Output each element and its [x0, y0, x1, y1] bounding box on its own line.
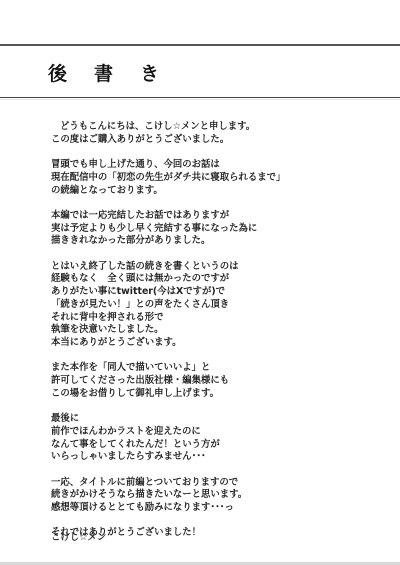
text-line: なんて事をしてくれたんだ！という方が: [51, 439, 371, 452]
text-line: いらっしゃいましたらすみません･･･: [51, 451, 371, 464]
text-line: 「続きが見たい！」との声をたくさん頂き: [51, 299, 371, 312]
text-line: また本作を「同人で描いていいよ」と: [51, 362, 371, 375]
text-line: どうもこんにちは、こけし☆メンと申します。: [51, 121, 371, 134]
text-line: それに背中を押される形で: [51, 312, 371, 325]
text-line: 最後に: [51, 413, 371, 426]
paragraph-background: 本編では一応完結したお話ではありますが 実は予定よりも少し早く完結する事になった…: [51, 210, 371, 248]
text-line: 本編では一応完結したお話ではありますが: [51, 210, 371, 223]
author-signature: こけし☆メン: [51, 529, 106, 543]
text-line: の続編となっております。: [51, 185, 371, 198]
text-line: 冒頭でも申し上げた通り、今回のお話は: [51, 159, 371, 172]
text-line: この度はご購入ありがとうございました。: [51, 134, 371, 147]
text-line: この場をお借りして御礼申し上げます。: [51, 388, 371, 401]
paragraph-greeting: どうもこんにちは、こけし☆メンと申します。 この度はご購入ありがとうございました…: [51, 121, 371, 146]
header-bottom-rule: [0, 97, 400, 98]
text-line: 経験もなく 全く頭には無かったのですが: [51, 273, 371, 286]
text-line: ありがたい事にtwitter(今はXですが)で: [51, 286, 371, 299]
title-char: き: [140, 59, 159, 86]
paragraph-sequel-info: 冒頭でも申し上げた通り、今回のお話は 現在配信中の「初恋の先生がダチ共に寝取られ…: [51, 159, 371, 197]
text-line: とはいえ終了した話の続きを書くというのは: [51, 261, 371, 274]
text-line: 本当にありがとうございます。: [51, 337, 371, 350]
text-line: 執筆を決意いたしました。: [51, 324, 371, 337]
text-line: 続きがかけそうなら描きたいなーと思います。: [51, 489, 371, 502]
paragraph-thanks-publisher: また本作を「同人で描いていいよ」と 許可してくださった出版社様・編集様にも この…: [51, 362, 371, 400]
text-line: 前作でほんわかラストを迎えたのに: [51, 426, 371, 439]
paragraph-motivation: とはいえ終了した話の続きを書くというのは 経験もなく 全く頭には無かったのですが…: [51, 261, 371, 350]
paragraph-apology: 最後に 前作でほんわかラストを迎えたのに なんて事をしてくれたんだ！という方が …: [51, 413, 371, 464]
title-char: 書: [94, 59, 113, 86]
paragraph-future: 一応、タイトルに前編とついておりますので 続きがかけそうなら描きたいなーと思いま…: [51, 477, 371, 515]
title-char: 後: [48, 59, 67, 86]
header-top-rule: [0, 44, 400, 46]
afterword-body: どうもこんにちは、こけし☆メンと申します。 この度はご購入ありがとうございました…: [51, 121, 371, 553]
text-line: 感想等頂けるととても励みになります･･･っ: [51, 502, 371, 515]
text-line: 許可してくださった出版社様・編集様にも: [51, 375, 371, 388]
text-line: 一応、タイトルに前編とついておりますので: [51, 477, 371, 490]
text-line: 実は予定よりも少し早く完結する事になった為に: [51, 223, 371, 236]
text-line: 描ききれなかった部分がありました。: [51, 235, 371, 248]
page-title: 後 書 き: [48, 59, 159, 86]
text-line: 現在配信中の「初恋の先生がダチ共に寝取られるまで」: [51, 172, 371, 185]
header-bottom-rule-shadow: [0, 99, 400, 100]
